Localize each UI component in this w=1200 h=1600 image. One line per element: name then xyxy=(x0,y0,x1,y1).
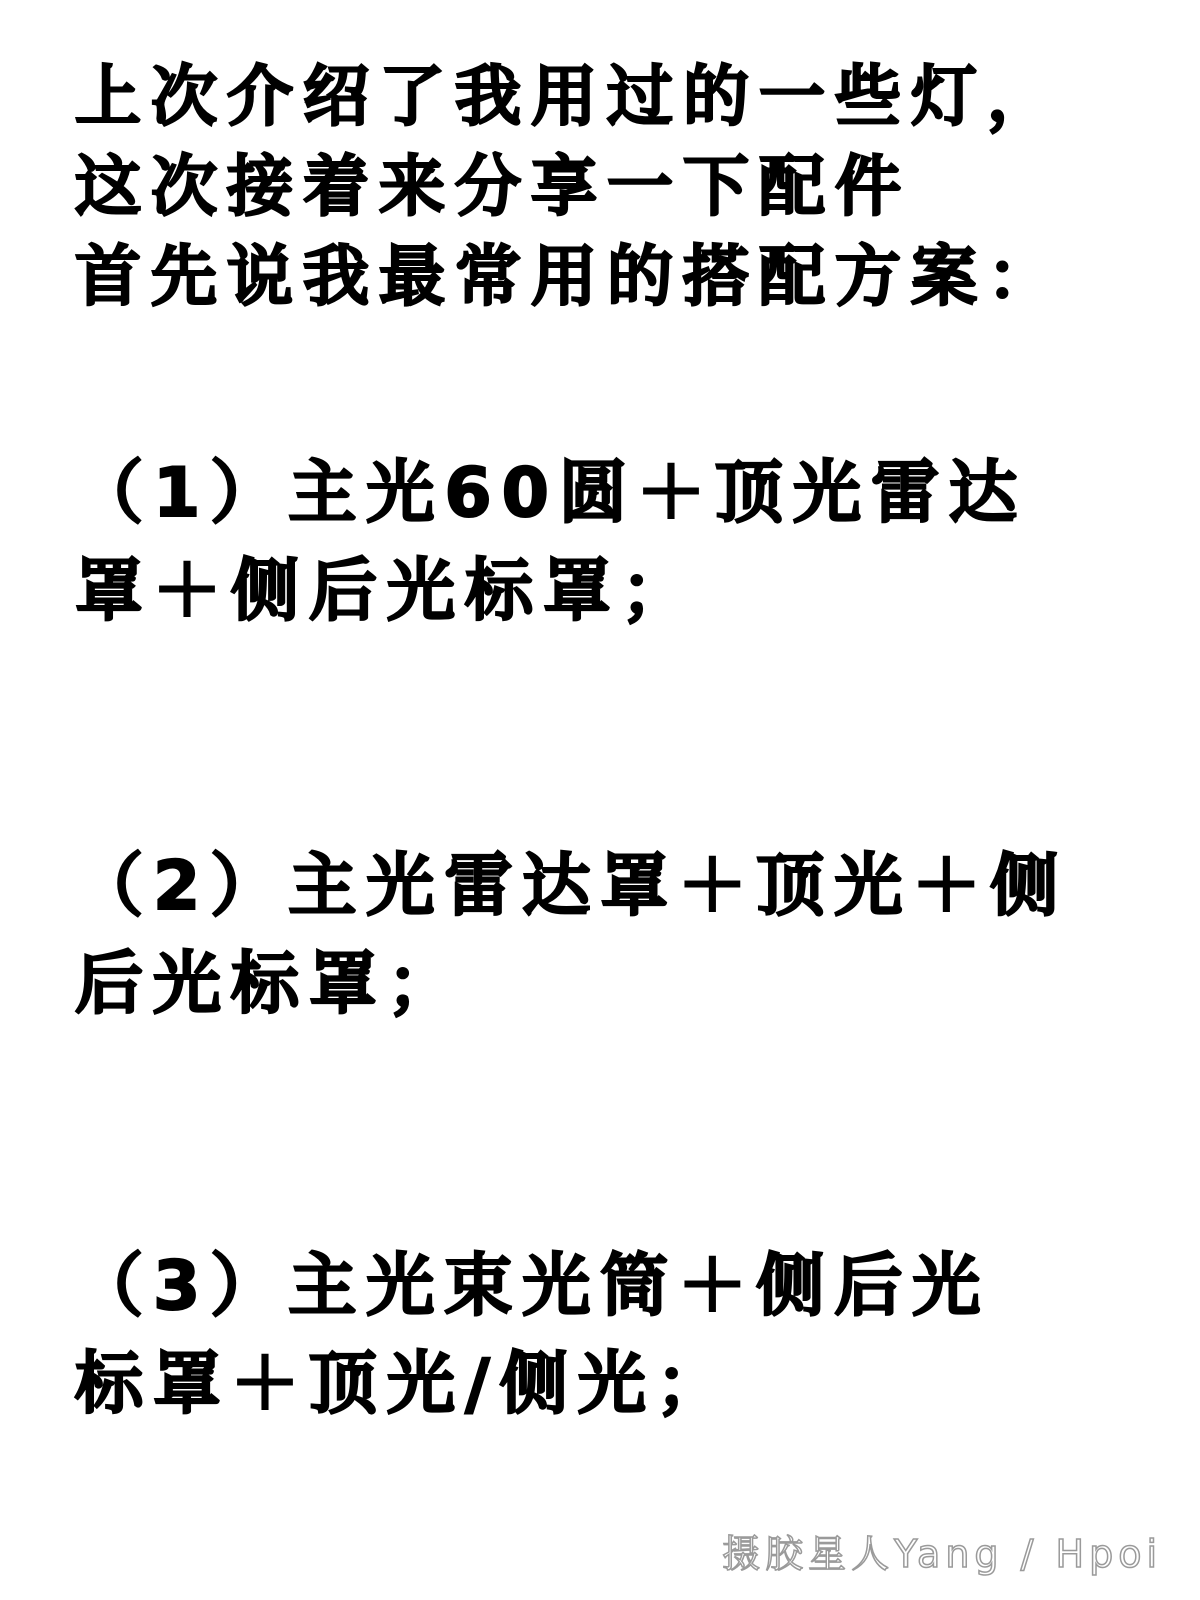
scheme-1-line-1: （1）主光60圆＋顶光雷达 xyxy=(75,445,1027,543)
intro-paragraph: 上次介绍了我用过的一些灯， 这次接着来分享一下配件 首先说我最常用的搭配方案： xyxy=(75,52,1063,322)
scheme-3-line-2: 标罩＋顶光/侧光； xyxy=(75,1336,990,1434)
intro-line-2: 这次接着来分享一下配件 xyxy=(75,142,1063,232)
post-image: 上次介绍了我用过的一些灯， 这次接着来分享一下配件 首先说我最常用的搭配方案： … xyxy=(0,0,1200,1600)
intro-line-3: 首先说我最常用的搭配方案： xyxy=(75,232,1063,322)
lighting-scheme-3: （3）主光束光筒＋侧后光 标罩＋顶光/侧光； xyxy=(75,1238,990,1434)
lighting-scheme-1: （1）主光60圆＋顶光雷达 罩＋侧后光标罩； xyxy=(75,445,1027,641)
scheme-2-line-1: （2）主光雷达罩＋顶光＋侧 xyxy=(75,838,1068,936)
scheme-1-line-2: 罩＋侧后光标罩； xyxy=(75,543,1027,641)
intro-line-1: 上次介绍了我用过的一些灯， xyxy=(75,52,1063,142)
scheme-2-line-2: 后光标罩； xyxy=(75,936,1068,1034)
watermark: 摄胶星人Yang / Hpoi xyxy=(722,1523,1162,1578)
scheme-3-line-1: （3）主光束光筒＋侧后光 xyxy=(75,1238,990,1336)
lighting-scheme-2: （2）主光雷达罩＋顶光＋侧 后光标罩； xyxy=(75,838,1068,1034)
